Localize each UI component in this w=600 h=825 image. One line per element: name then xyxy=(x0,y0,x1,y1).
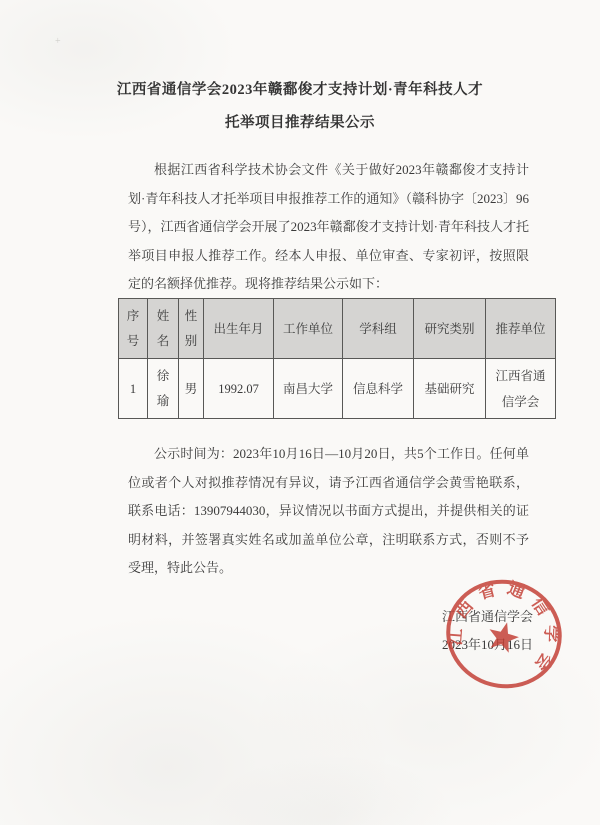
cell-work-unit: 南昌大学 xyxy=(274,359,343,419)
document-title-line1: 江西省通信学会2023年赣鄱俊才支持计划·青年科技人才 xyxy=(0,74,600,107)
document-title-line2: 托举项目推荐结果公示 xyxy=(0,107,600,140)
document-title: 江西省通信学会2023年赣鄱俊才支持计划·青年科技人才 托举项目推荐结果公示 xyxy=(0,74,600,140)
scanned-announcement-page: + 江西省通信学会2023年赣鄱俊才支持计划·青年科技人才 托举项目推荐结果公示… xyxy=(0,0,600,825)
table-header-row: 序号 姓名 性别 出生年月 工作单位 学科组 研究类别 推荐单位 xyxy=(119,299,556,359)
cell-subject-group: 信息科学 xyxy=(343,359,414,419)
cell-birth-date: 1992.07 xyxy=(204,359,274,419)
header-research-category: 研究类别 xyxy=(414,299,486,359)
header-serial-number: 序号 xyxy=(119,299,148,359)
intro-paragraph: 根据江西省科学技术协会文件《关于做好2023年赣鄱俊才支持计划·青年科技人才托举… xyxy=(128,156,529,299)
recommendation-result-table: 序号 姓名 性别 出生年月 工作单位 学科组 研究类别 推荐单位 1 徐瑜 男 … xyxy=(118,298,556,419)
table-row: 1 徐瑜 男 1992.07 南昌大学 信息科学 基础研究 江西省通信学会 xyxy=(119,359,556,419)
cell-serial-number: 1 xyxy=(119,359,148,419)
header-work-unit: 工作单位 xyxy=(274,299,343,359)
cell-recommending-unit: 江西省通信学会 xyxy=(486,359,556,419)
header-name: 姓名 xyxy=(148,299,179,359)
seal-star-icon xyxy=(485,618,522,654)
notice-paragraph: 公示时间为：2023年10月16日—10月20日，共5个工作日。任何单位或者个人… xyxy=(128,440,529,583)
header-subject-group: 学科组 xyxy=(343,299,414,359)
official-seal-stamp: 江西省通信学会 xyxy=(433,563,575,705)
header-birth-date: 出生年月 xyxy=(204,299,274,359)
scan-artifact-speck: + xyxy=(55,36,61,47)
header-recommending-unit: 推荐单位 xyxy=(486,299,556,359)
cell-research-category: 基础研究 xyxy=(414,359,486,419)
cell-gender: 男 xyxy=(179,359,204,419)
header-gender: 性别 xyxy=(179,299,204,359)
cell-name: 徐瑜 xyxy=(148,359,179,419)
